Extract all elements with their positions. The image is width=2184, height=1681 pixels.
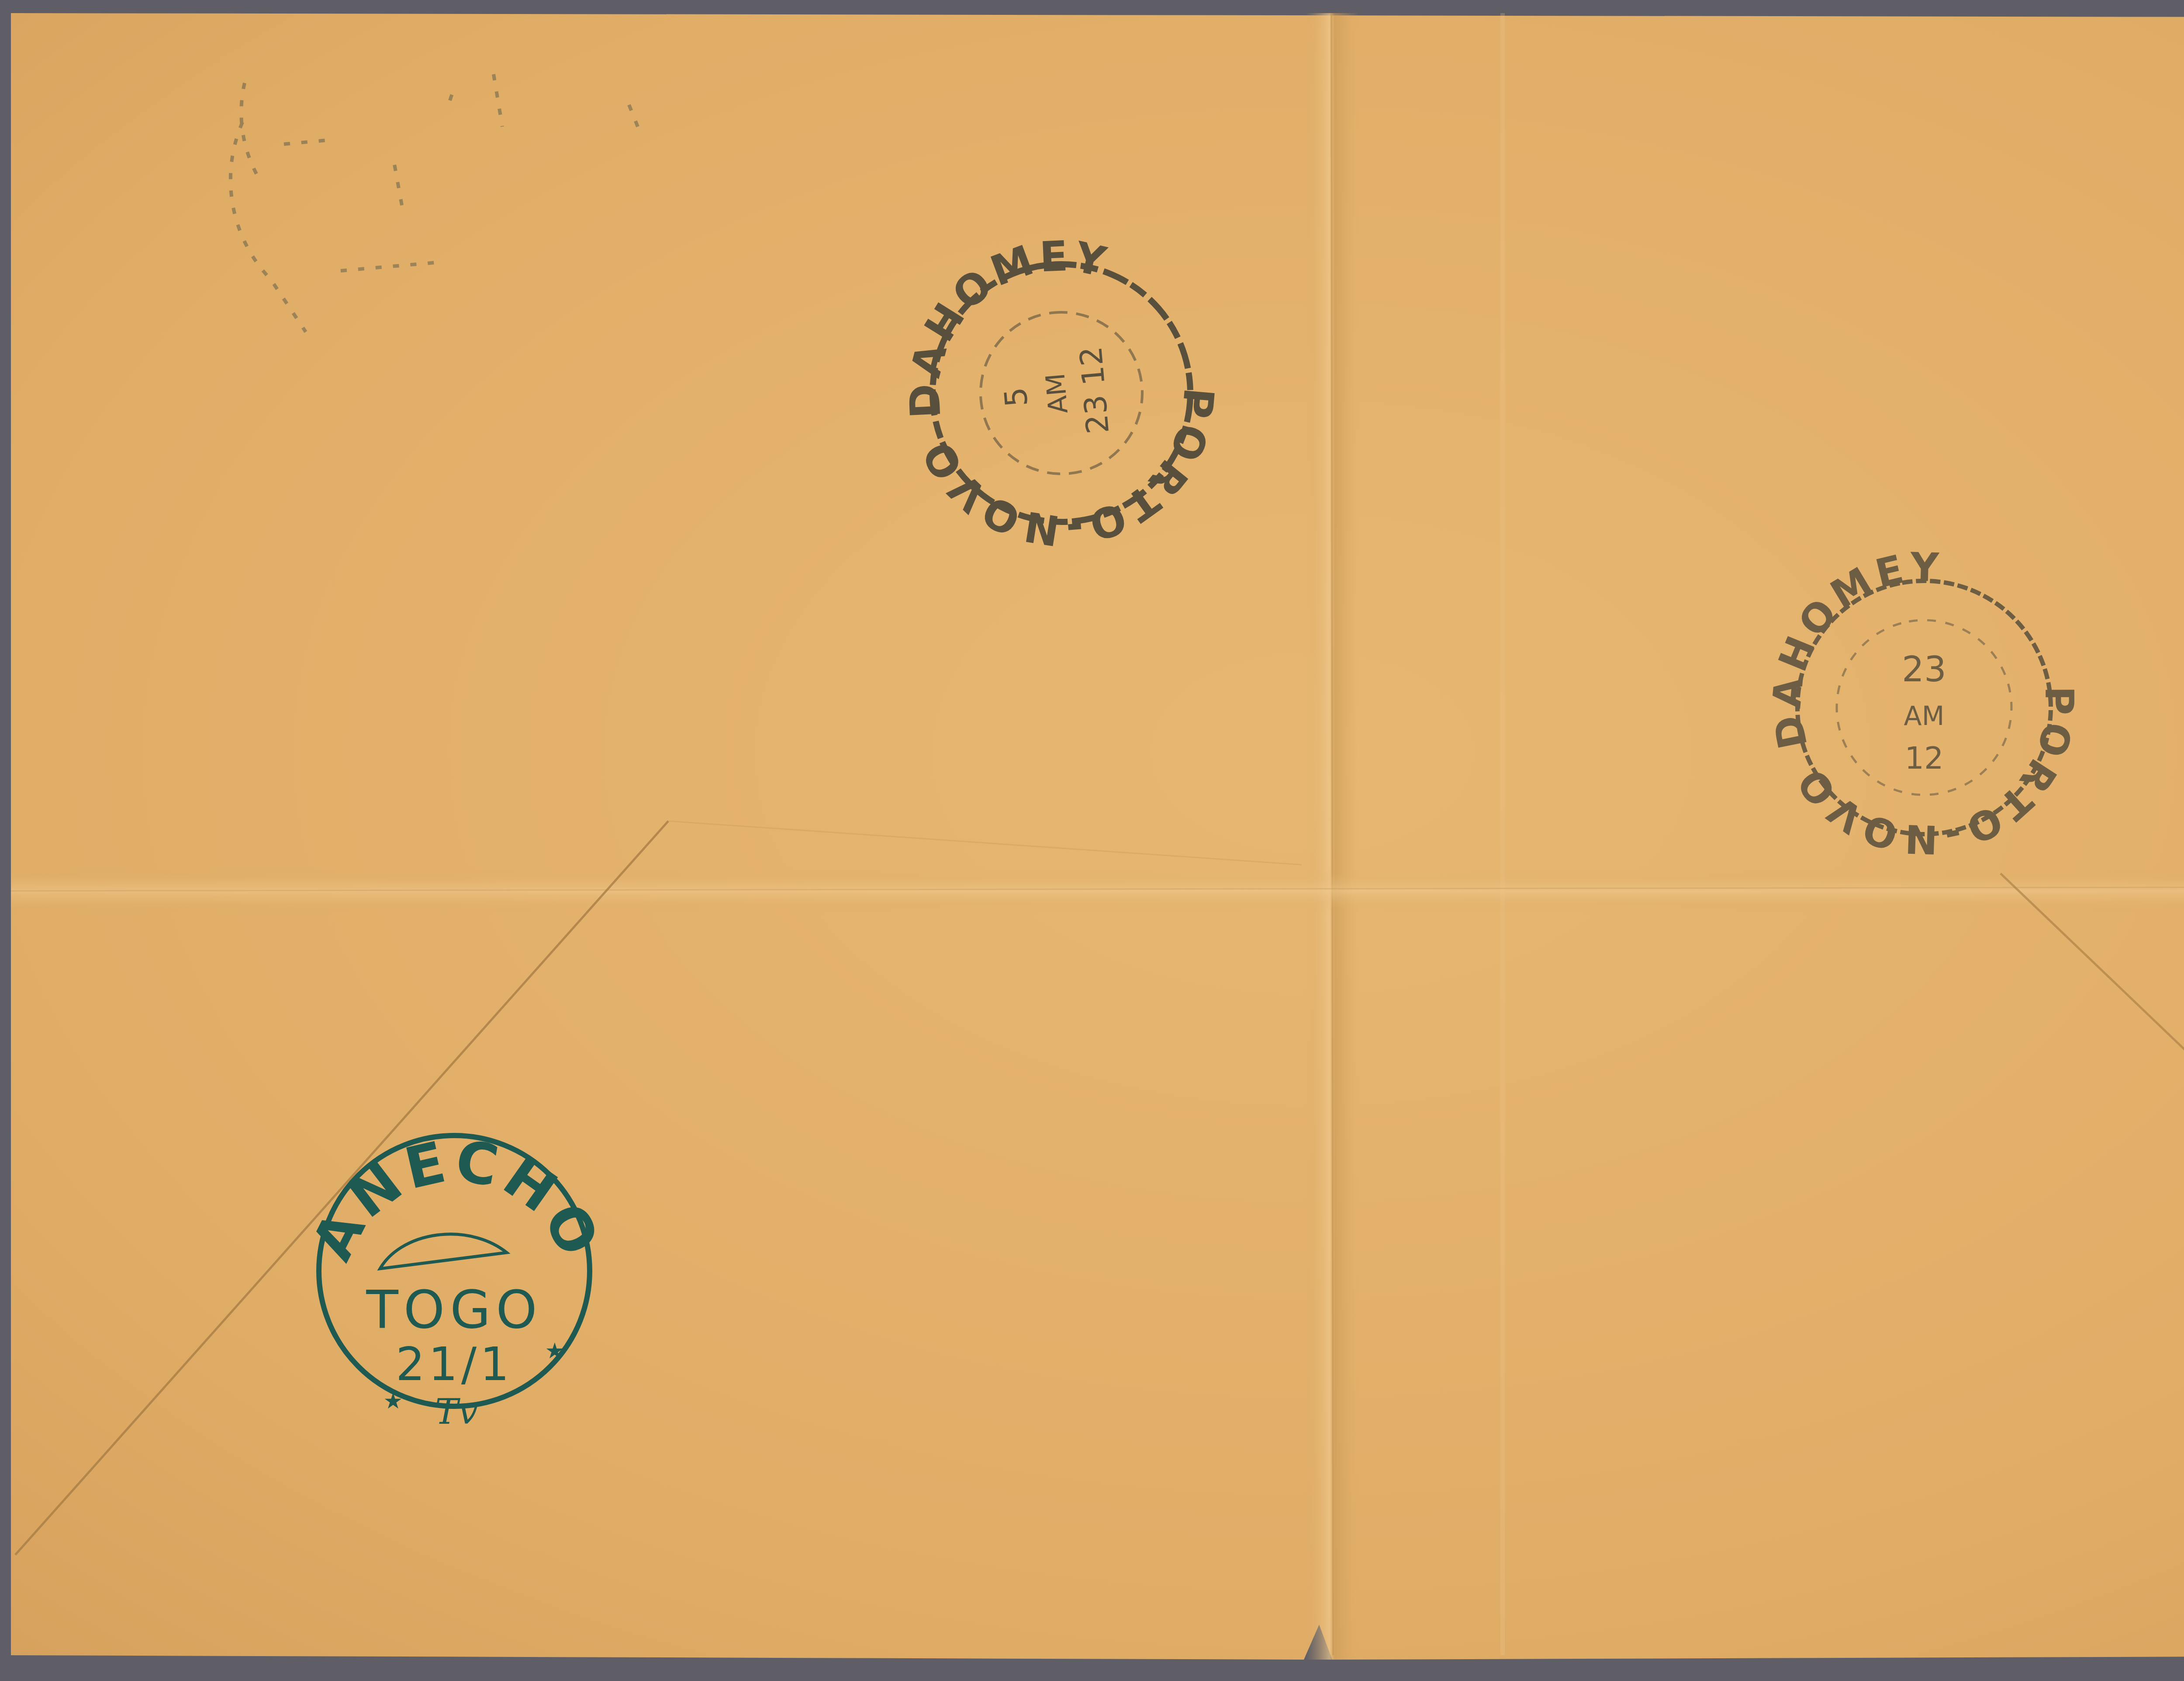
- porto-novo-upper-ampm: AM: [1040, 372, 1074, 415]
- anecho-date: 21/1: [396, 1338, 513, 1391]
- togo-country-name: TOGO: [366, 1280, 542, 1340]
- porto-novo-right-ampm: AM: [1904, 701, 1945, 732]
- star-icon: ★: [545, 1338, 565, 1363]
- porto-novo-right-year: 12: [1904, 740, 1943, 776]
- star-icon: ★: [384, 1388, 403, 1414]
- porto-novo-upper-hour: 5: [998, 386, 1035, 408]
- porto-novo-upper-date: 23 12: [1073, 345, 1116, 435]
- envelope-back: ANECHO TOGO 21/1 Tv ★ ★ PORTO-NOVO DAHOM…: [0, 0, 2184, 1681]
- porto-novo-right-date: 23 AM 12: [1902, 649, 1946, 776]
- anecho-code: Tv: [435, 1391, 478, 1432]
- envelope-illustration: ANECHO TOGO 21/1 Tv ★ ★ PORTO-NOVO DAHOM…: [0, 0, 2184, 1681]
- porto-novo-right-day: 23: [1902, 649, 1946, 690]
